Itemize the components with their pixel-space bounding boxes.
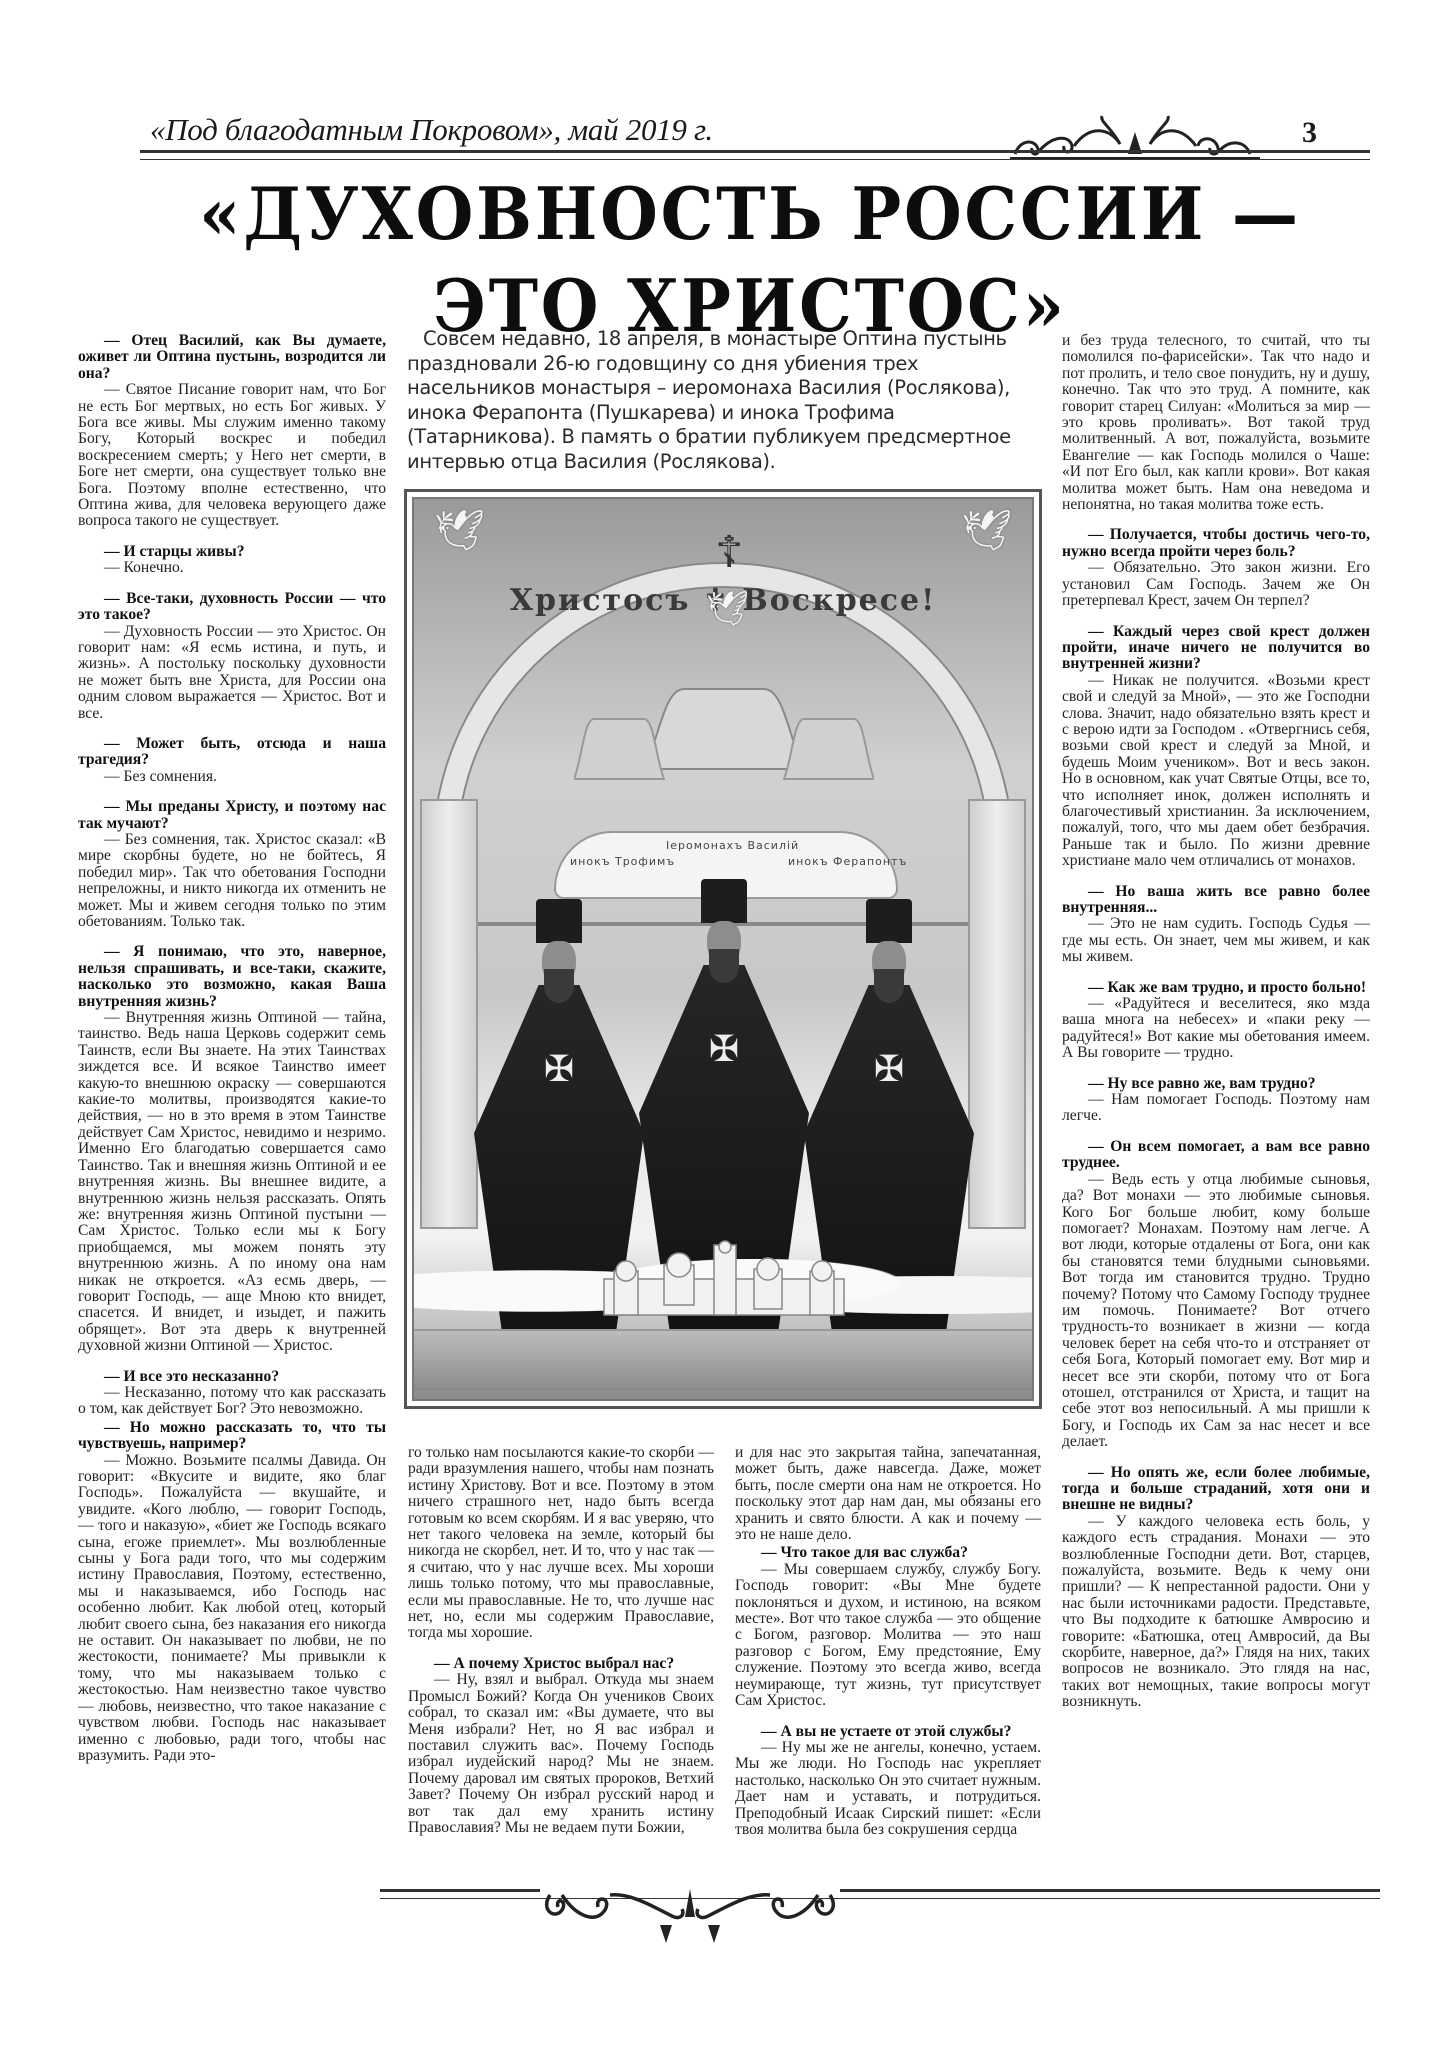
question: — Но можно рассказать то, что ты чувству… [78,1420,386,1453]
answer: — «Радуйтеся и веселитеся, яко мзда ваша… [1062,996,1370,1062]
continued-text: го только нам посылаются какие-то скорби… [408,1445,714,1642]
question: — Ну все равно же, вам трудно? [1062,1076,1370,1092]
answer: — Ну, взял и выбрал. Откуда мы знаем Про… [408,1672,714,1836]
article-intro: Совсем недавно, 18 апреля, в монастыре О… [407,327,1039,474]
answer: — Святое Писание говорит нам, что Бог не… [78,382,386,530]
cross-icon: ✠ [874,1049,904,1090]
answer: — Без сомнения, так. Христос сказал: «В … [78,832,386,930]
headline-line-1: «ДУХОВНОСТЬ РОССИИ — [198,168,1302,260]
bottom-rule [380,1889,1380,1899]
scroll-label-trofim: инокъ Трофимъ [570,855,675,868]
question: — А почему Христос выбрал нас? [408,1656,714,1672]
column-bottom-right: и для нас это закрытая тайна, запечатанн… [735,1445,1041,1838]
dove-icon: 🕊 [961,507,1012,554]
question: — А вы не устаете от этой службы? [735,1724,1041,1740]
scroll-label-ferapont: инокъ Ферапонтъ [788,855,907,868]
page-number: 3 [1302,116,1317,150]
question: — Может быть, отсюда и наша трагедия? [78,736,386,769]
question: — Все-таки, духовность России — что это … [78,591,386,624]
question: — И старцы живы? [78,544,386,560]
cross-icon: ✠ [544,1049,574,1090]
answer: — Несказанно, потому что как рассказать … [78,1385,386,1418]
scroll-label-vasily: Іеромонахъ Василій [666,839,799,852]
answer: — Мы совершаем службу, службу Богу. Госп… [735,1562,1041,1710]
bells-icon [574,679,874,799]
answer: — Обязательно. Это закон жизни. Его уста… [1062,560,1370,609]
article-headline: «ДУХОВНОСТЬ РОССИИ — ЭТО ХРИСТОС» [198,168,1302,352]
cross-icon: ✠ [709,1029,739,1070]
pillar-right [968,799,1026,1229]
answer: — У каждого человека есть боль, у каждог… [1062,1514,1370,1711]
bottom-ornament-icon [540,1885,840,1945]
question: — Я понимаю, что это, наверное, нельзя с… [78,944,386,1010]
page-header: «Под благодатным Покровом», май 2019 г. … [150,108,1400,158]
column-left: — Отец Василий, как Вы думаете, оживет л… [78,333,386,1764]
answer: — Внутренняя жизнь Оптиной — тайна, таин… [78,1010,386,1355]
illustration-canvas: 🕊 🕊 ☦ Христосъ ✝ Воскресе! 🕊 инокъ Трофи… [412,497,1034,1401]
orthodox-cross-icon: ☦ [715,527,744,578]
question: — Что такое для вас служба? [735,1545,1041,1561]
question: — Отец Василий, как Вы думаете, оживет л… [78,333,386,382]
question: — Как же вам трудно, и просто больно! [1062,980,1370,996]
answer: — Это не нам судить. Господь Судья — где… [1062,916,1370,965]
dove-icon: 🕊 [706,589,749,629]
answer: — Без сомнения. [78,769,386,785]
answer: — Можно. Возьмите псалмы Давида. Он гово… [78,1453,386,1765]
continued-text: и без труда телесного, то считай, что ты… [1062,333,1370,513]
question: — Но ваша жить все равно более внутрення… [1062,884,1370,917]
question: — Каждый через свой крест должен пройти,… [1062,624,1370,673]
question: — Он всем помогает, а вам все равно труд… [1062,1139,1370,1172]
answer: — Ведь есть у отца любимые сыновья, да? … [1062,1172,1370,1451]
answer: — Конечно. [78,560,386,576]
question: — Но опять же, если более любимые, тогда… [1062,1465,1370,1514]
question: — И все это несказанно? [78,1369,386,1385]
answer: — Духовность России — это Христос. Он го… [78,624,386,722]
question: — Получается, чтобы достичь чего-то, нуж… [1062,527,1370,560]
question: — Мы преданы Христу, и поэтому нас так м… [78,799,386,832]
pillar-left [420,799,478,1229]
icon-illustration: 🕊 🕊 ☦ Христосъ ✝ Воскресе! 🕊 инокъ Трофи… [404,489,1042,1409]
continued-text: и для нас это закрытая тайна, запечатанн… [735,1445,1041,1543]
answer: — Ну мы же не ангелы, конечно, устаем. М… [735,1740,1041,1838]
column-bottom-left: го только нам посылаются какие-то скорби… [408,1445,714,1836]
header-rule [140,150,1370,160]
dove-icon: 🕊 [434,507,485,554]
forest-shore [414,1329,1032,1391]
monastery-icon [594,1239,854,1319]
answer: — Нам помогает Господь. Поэтому нам легч… [1062,1092,1370,1125]
column-right: и без труда телесного, то считай, что ты… [1062,333,1370,1711]
answer: — Никак не получится. «Возьми крест свой… [1062,673,1370,870]
publication-title: «Под благодатным Покровом», май 2019 г. [150,112,713,148]
